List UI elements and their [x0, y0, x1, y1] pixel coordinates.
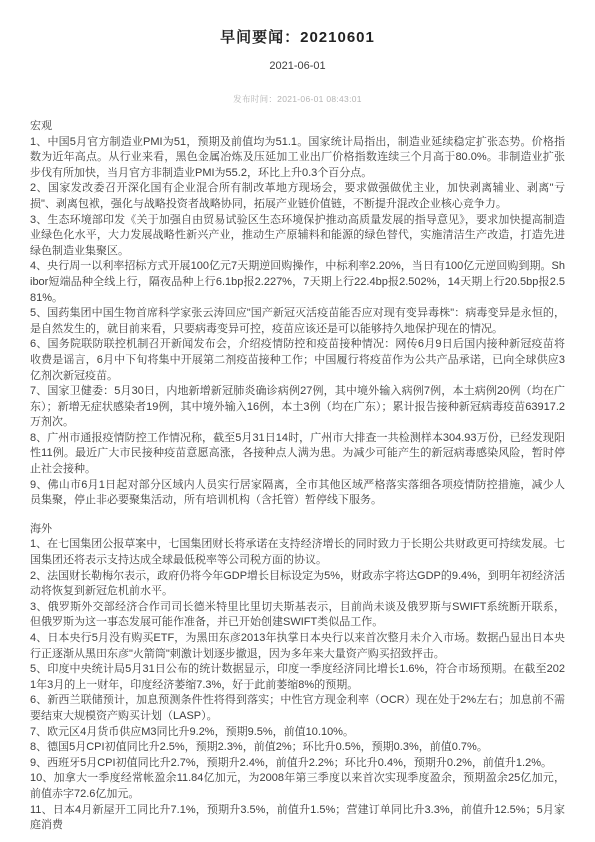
news-item: 6、新西兰联储预计，加息预测条件性将得到落实；中性官方现金利率（OCR）现在处于…	[30, 693, 565, 724]
news-item: 8、德国5月CPI初值同比升2.5%，预期2.3%，前值2%；环比升0.5%，预…	[30, 740, 565, 756]
news-item: 5、国药集团中国生物首席科学家张云涛回应"国产新冠灭活疫苗能否应对现有变异毒株"…	[30, 306, 565, 337]
page-date: 2021-06-01	[30, 60, 565, 72]
publish-time: 发布时间：2021-06-01 08:43:01	[30, 93, 565, 105]
news-item: 2、法国财长勒梅尔表示，政府仍将今年GDP增长目标设定为5%，财政赤字将达GDP…	[30, 569, 565, 600]
news-item: 1、在七国集团公报草案中，七国集团财长将承诺在支持经济增长的同时致力于长期公共财…	[30, 537, 565, 568]
news-item: 5、印度中央统计局5月31日公布的统计数据显示，印度一季度经济同比增长1.6%，…	[30, 662, 565, 693]
news-item: 11、日本4月新屋开工同比升7.1%，预期升3.5%，前值升1.5%；营建订单同…	[30, 803, 565, 834]
section-heading-macro: 宏观	[30, 119, 565, 135]
news-item: 7、国家卫健委：5月30日，内地新增新冠肺炎确诊病例27例，其中境外输入病例7例…	[30, 384, 565, 431]
section-heading-overseas: 海外	[30, 522, 565, 538]
section-overseas: 海外 1、在七国集团公报草案中，七国集团财长将承诺在支持经济增长的同时致力于长期…	[30, 522, 565, 834]
news-item: 9、佛山市6月1日起对部分区域内人员实行居家隔离，全市其他区域严格落实落细各项疫…	[30, 478, 565, 509]
news-item: 3、生态环境部印发《关于加强自由贸易试验区生态环境保护推动高质量发展的指导意见》…	[30, 213, 565, 260]
news-item: 4、央行周一以利率招标方式开展100亿元7天期逆回购操作，中标利率2.20%，当…	[30, 259, 565, 306]
news-item: 1、中国5月官方制造业PMI为51，预期及前值均为51.1。国家统计局指出，制造…	[30, 135, 565, 182]
section-macro: 宏观 1、中国5月官方制造业PMI为51，预期及前值均为51.1。国家统计局指出…	[30, 119, 565, 509]
news-item: 10、加拿大一季度经常帐盈余11.84亿加元，为2008年第三季度以来首次实现季…	[30, 771, 565, 802]
page-title: 早间要闻：20210601	[30, 24, 565, 47]
news-item: 3、俄罗斯外交部经济合作司司长德米特里比里切夫斯基表示，目前尚未谈及俄罗斯与SW…	[30, 600, 565, 631]
news-item: 4、日本央行5月没有购买ETF，为黑田东彦2013年执掌日本央行以来首次整月未介…	[30, 631, 565, 662]
news-item: 9、西班牙5月CPI初值同比升2.7%，预期升2.4%，前值升2.2%；环比升0…	[30, 756, 565, 772]
document-page: 早间要闻：20210601 2021-06-01 发布时间：2021-06-01…	[0, 0, 595, 842]
news-item: 2、国家发改委召开深化国有企业混合所有制改革地方现场会，要求做强做优主业，加快剥…	[30, 181, 565, 212]
news-item: 7、欧元区4月货币供应M3同比升9.2%，预期9.5%，前值10.10%。	[30, 725, 565, 741]
news-item: 6、国务院联防联控机制召开新闻发布会，介绍疫情防控和疫苗接种情况：网传6月9日后…	[30, 337, 565, 384]
news-item: 8、广州市通报疫情防控工作情况称，截至5月31日14时，广州市大排查一共检测样本…	[30, 431, 565, 478]
